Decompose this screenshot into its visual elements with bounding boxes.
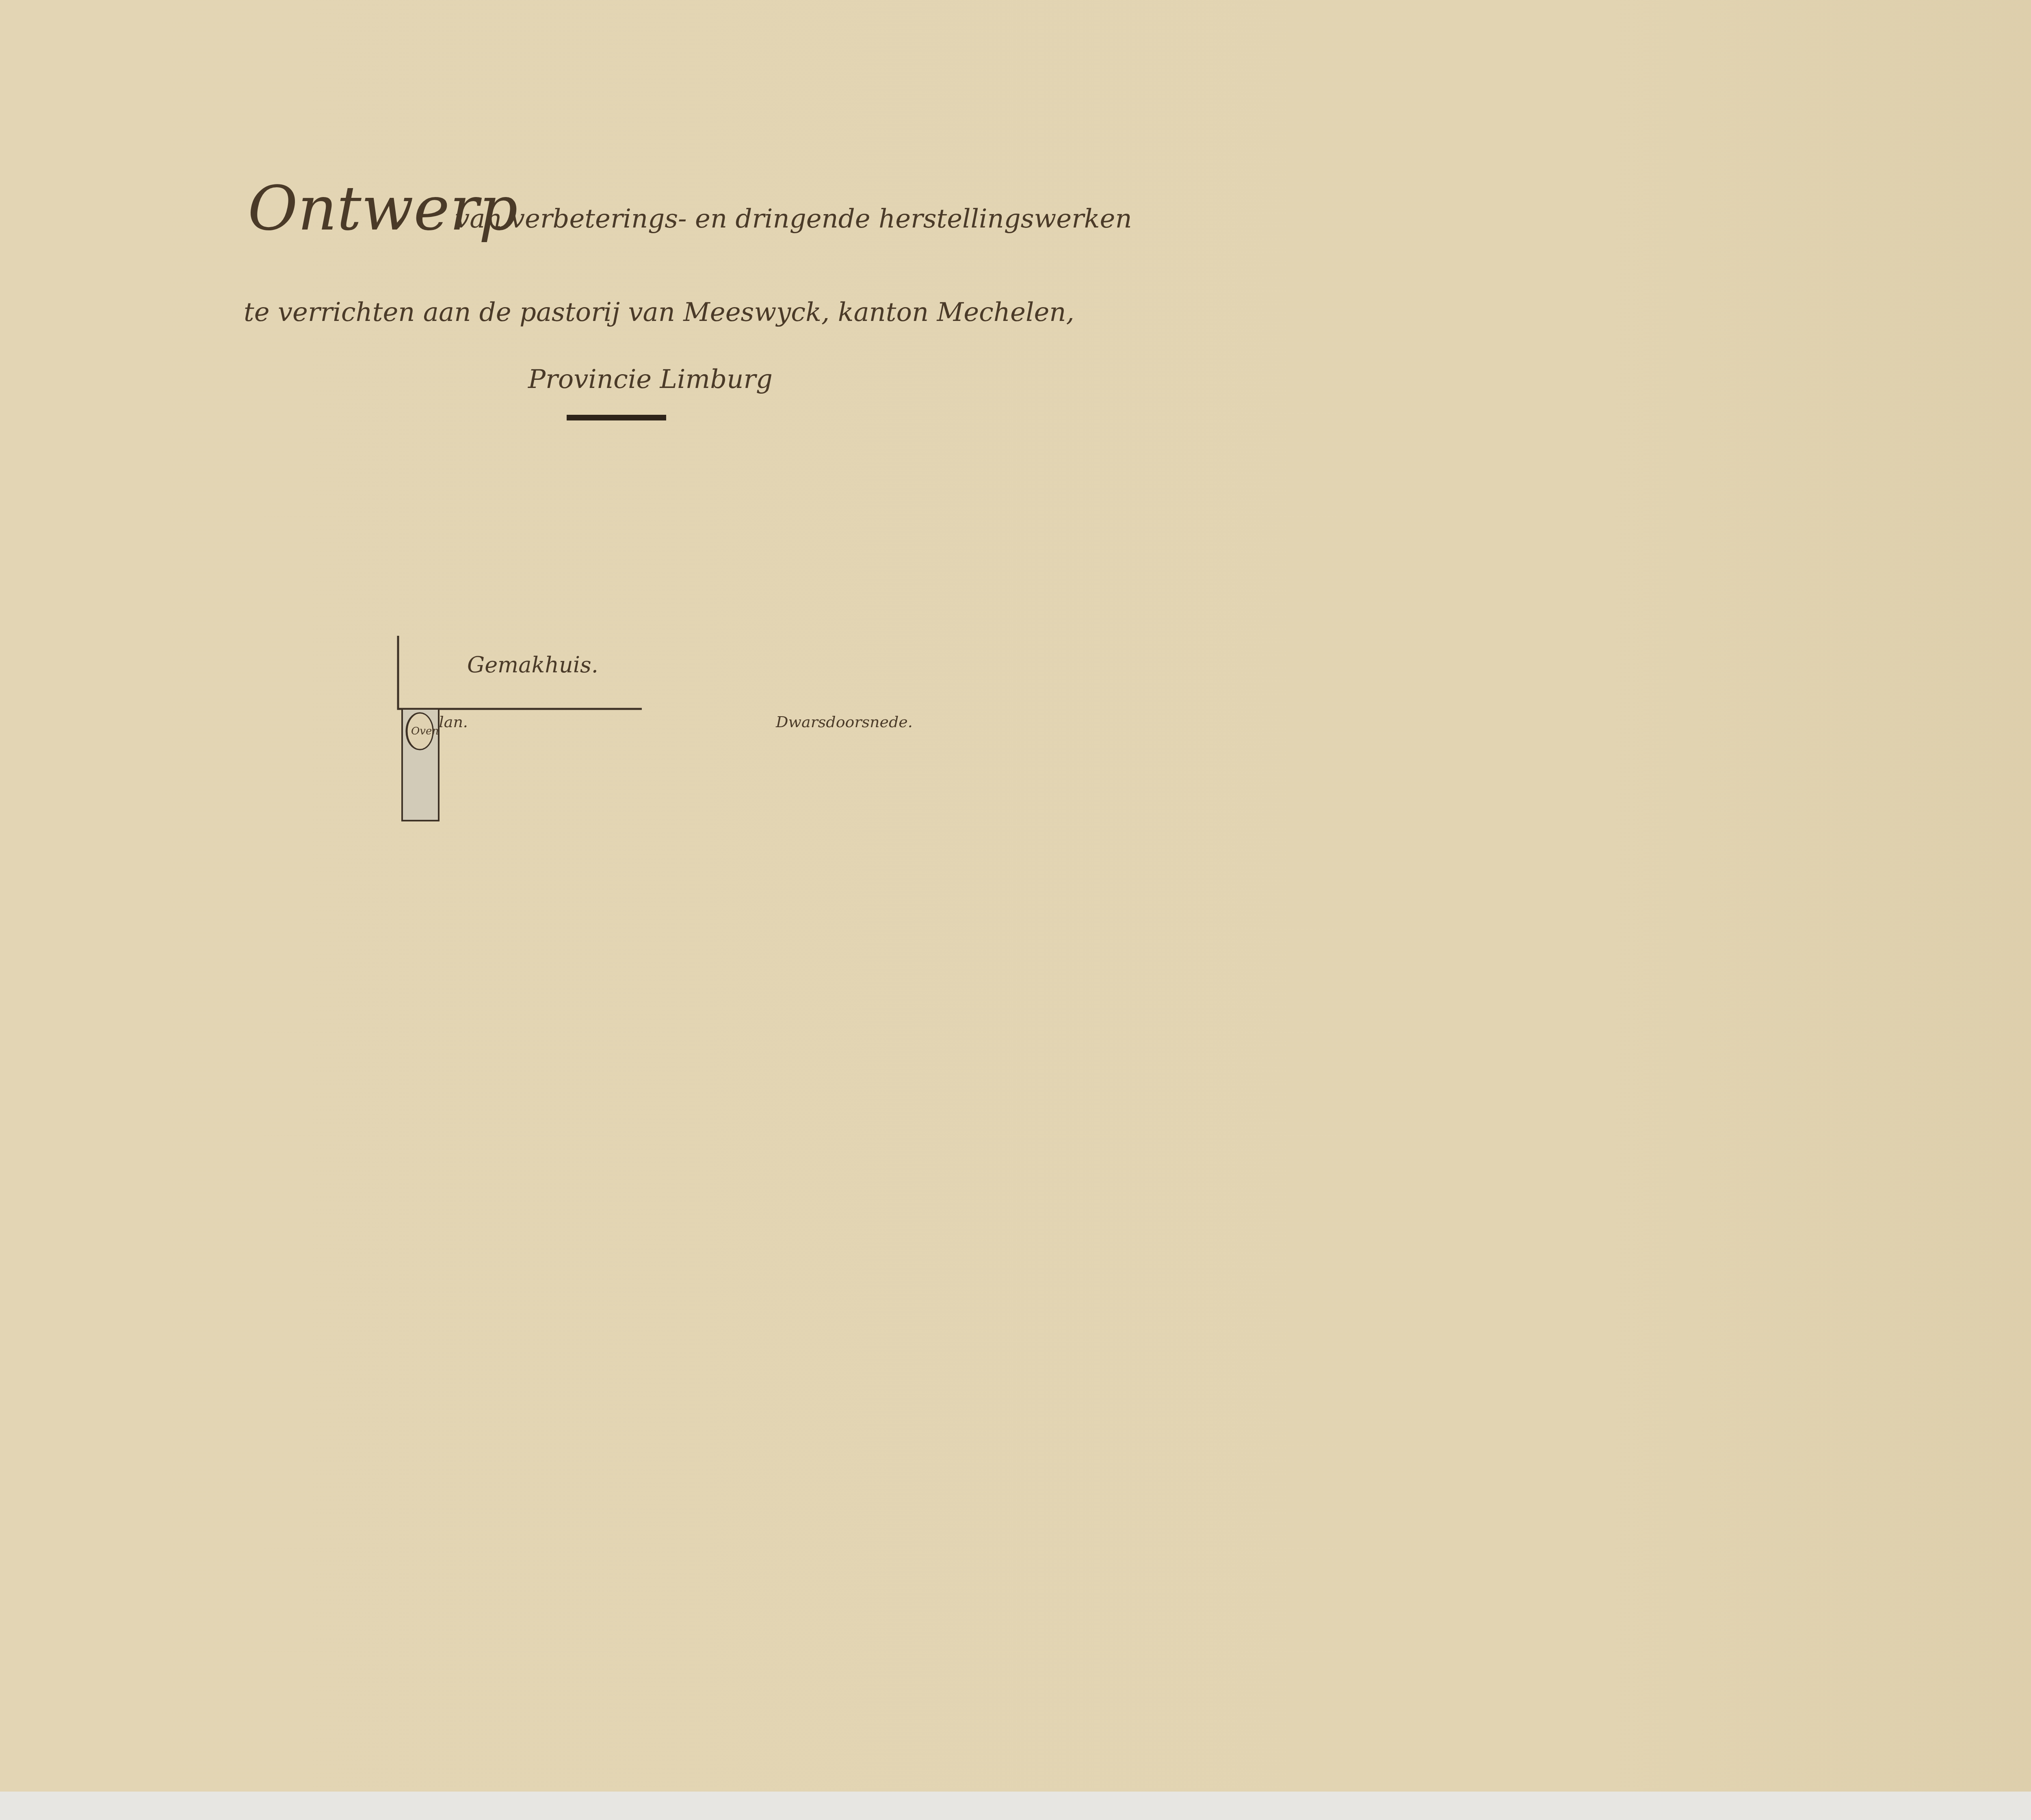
gemakhuis-section-label: Dwarsdoorsnede. (775, 713, 913, 731)
gemakhuis-title: Gemakhuis. (467, 652, 598, 678)
oven-label: Oven (411, 725, 439, 737)
title-line-3: Provincie Limburg (528, 364, 773, 394)
gemakhuis-drawing: Gemakhuis. Plan. Dwarsdoorsnede. Oven (398, 636, 913, 821)
architectural-drawing: Ontwerp van verbeterings- en dringende h… (0, 0, 2031, 1820)
title-line-2: te verrichten aan de pastorij van Meeswy… (244, 297, 1074, 327)
title-block: Ontwerp van verbeterings- en dringende h… (244, 173, 1132, 418)
title-line-1: van verbeterings- en dringende herstelli… (455, 204, 1132, 234)
